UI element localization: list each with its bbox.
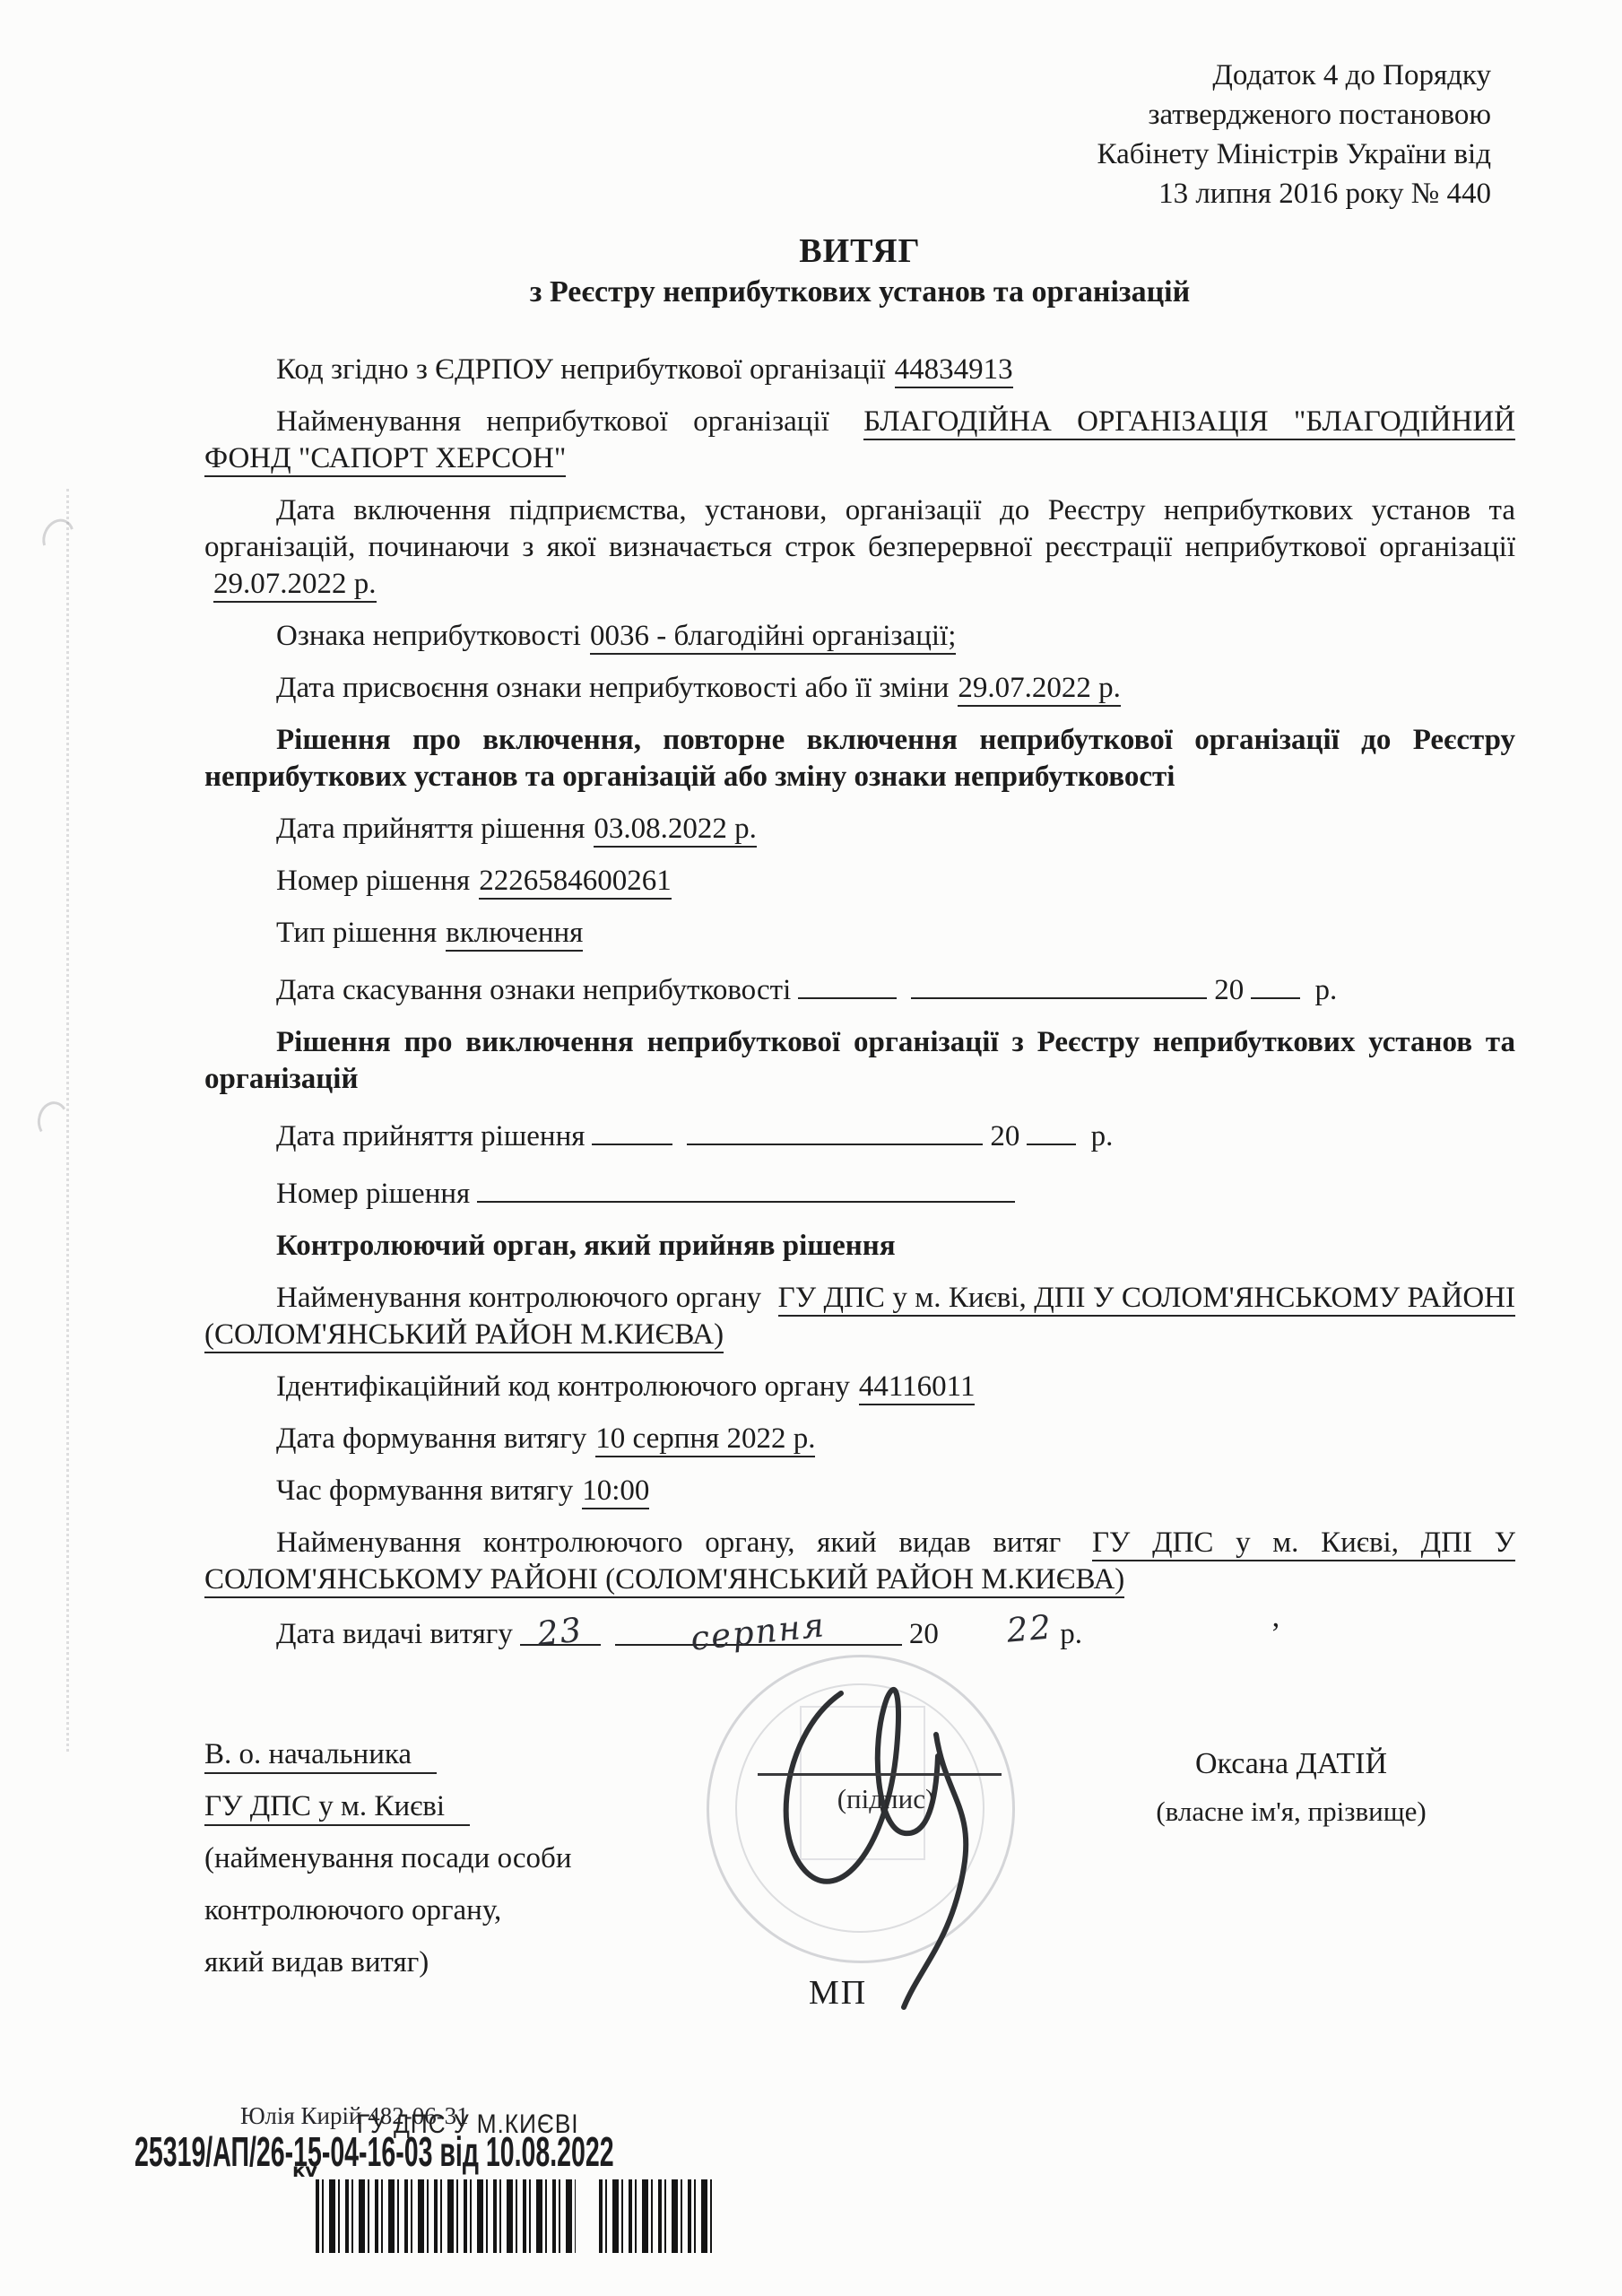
field-excl-decision-number: Номер рішення	[204, 1170, 1515, 1213]
field-decision-number: Номер рішення2226584600261	[204, 863, 1515, 900]
signer-position-line: ГУ ДПС у м. Києві	[204, 1788, 707, 1825]
barcode-prefix-mark: кv	[292, 2160, 317, 2181]
field-label: Дата формування витягу	[276, 1422, 586, 1455]
barcode	[316, 2179, 576, 2253]
field-label: Дата прийняття рішення	[276, 813, 585, 845]
field-label: Код згідно з ЄДРПОУ неприбуткової органі…	[276, 353, 886, 386]
field-label: Номер рішення	[276, 865, 470, 897]
signer-position-caption: контролюючого органу,	[204, 1892, 707, 1929]
year-prefix: 20	[1214, 974, 1244, 1006]
signature-caption: (підпис)	[787, 1783, 984, 1815]
field-inclusion-date: Дата включення підприємства, установи, о…	[204, 492, 1515, 603]
blank-line	[911, 967, 1207, 999]
field-label: Дата присвоєння ознаки неприбутковості а…	[276, 672, 949, 704]
document-subtitle: з Реєстру неприбуткових установ та орган…	[204, 273, 1515, 312]
scanned-document-page: Додаток 4 до Порядку затвердженого поста…	[0, 0, 1622, 2296]
blank-line	[1027, 1113, 1076, 1145]
field-org-name: Найменування неприбуткової організації Б…	[204, 404, 1515, 477]
heading-inclusion-decision: Рішення про включення, повторне включенн…	[204, 722, 1515, 796]
blank-line	[1251, 967, 1300, 999]
field-extract-time: Час формування витягу10:00	[204, 1473, 1515, 1509]
field-value: включення	[446, 917, 583, 952]
annex-note: Додаток 4 до Порядку затвердженого поста…	[917, 56, 1491, 213]
blank-line	[592, 1113, 672, 1145]
blank-line	[798, 967, 897, 999]
field-value: 2226584600261	[479, 865, 672, 900]
field-label: Ознака неприбутковості	[276, 620, 581, 652]
field-decision-type: Тип рішеннявключення	[204, 915, 1515, 952]
blank-line	[687, 1113, 983, 1145]
year-suffix: р.	[1091, 1120, 1114, 1152]
signer-position-line: В. о. начальника	[204, 1736, 707, 1773]
field-issuing-authority: Найменування контролюючого органу, який …	[204, 1525, 1515, 1598]
document-title: ВИТЯГ	[204, 231, 1515, 271]
seal-place-label: МП	[809, 1973, 867, 2013]
field-label: Найменування контролюючого органу, який …	[276, 1526, 1061, 1559]
field-extract-date: Дата формування витягу10 серпня 2022 р.	[204, 1421, 1515, 1457]
field-value: 29.07.2022 р.	[958, 672, 1121, 707]
annex-note-line: 13 липня 2016 року № 440	[917, 174, 1491, 213]
field-value: 10:00	[582, 1474, 649, 1509]
footer-registration-number: 25319/АП/26-15-04-16-03 від 10.08.2022	[134, 2127, 614, 2176]
handwritten-day: 23	[520, 1613, 601, 1646]
field-issue-date: Дата видачі витягу23серпня2022 р.’	[204, 1613, 1515, 1653]
field-label: Час формування витягу	[276, 1474, 573, 1507]
field-label: Дата прийняття рішення	[276, 1120, 585, 1152]
barcode	[599, 2179, 716, 2253]
field-label: Дата включення підприємства, установи, о…	[204, 494, 1515, 563]
field-value: 0036 - благодійні організації;	[590, 620, 956, 655]
field-decision-date: Дата прийняття рішення03.08.2022 р.	[204, 811, 1515, 848]
handwritten-month: серпня	[615, 1613, 902, 1646]
field-label: Найменування неприбуткової організації	[276, 405, 829, 438]
year-suffix: р.	[1315, 974, 1338, 1006]
field-authority-name: Найменування контролюючого органу ГУ ДПС…	[204, 1280, 1515, 1353]
field-value: 03.08.2022 р.	[594, 813, 757, 848]
field-nonprofit-code: Ознака неприбутковості0036 - благодійні …	[204, 618, 1515, 655]
field-code-assign-date: Дата присвоєння ознаки неприбутковості а…	[204, 670, 1515, 707]
field-label: Ідентифікаційний код контролюючого орган…	[276, 1370, 850, 1403]
field-value: 29.07.2022 р.	[213, 568, 377, 603]
binding-loop-mark	[37, 514, 80, 561]
field-label: Номер рішення	[276, 1178, 470, 1210]
field-value: 44116011	[859, 1370, 976, 1405]
annex-note-line: Додаток 4 до Порядку	[917, 56, 1491, 95]
field-label: Дата видачі витягу	[276, 1618, 513, 1650]
heading-controlling-authority: Контролюючий орган, який прийняв рішення	[204, 1228, 1515, 1265]
year-prefix: 20	[990, 1120, 1019, 1152]
annex-note-line: затвердженого постановою	[917, 95, 1491, 135]
stray-mark: ’	[1271, 1617, 1280, 1650]
signer-position-caption: який видав витяг)	[204, 1944, 707, 1981]
signer-name-caption: (власне ім'я, прізвище)	[1103, 1796, 1479, 1828]
field-cancellation-date: Дата скасування ознаки неприбутковості20…	[204, 967, 1515, 1009]
field-label: Тип рішення	[276, 917, 437, 949]
field-label: Найменування контролюючого органу	[276, 1282, 761, 1314]
field-edrpou: Код згідно з ЄДРПОУ неприбуткової органі…	[204, 352, 1515, 388]
handwritten-signature	[751, 1648, 1038, 2025]
year-suffix: р.	[1060, 1618, 1082, 1650]
blank-line	[477, 1170, 1015, 1203]
field-authority-code: Ідентифікаційний код контролюючого орган…	[204, 1369, 1515, 1405]
field-value: 44834913	[895, 353, 1013, 388]
signer-name: Оксана ДАТІЙ	[1125, 1747, 1457, 1781]
signer-position-block: В. о. начальника ГУ ДПС у м. Києві (найм…	[204, 1736, 707, 1996]
field-value: 10 серпня 2022 р.	[595, 1422, 815, 1457]
heading-exclusion-decision: Рішення про виключення неприбуткової орг…	[204, 1024, 1515, 1098]
signature-line	[758, 1773, 1002, 1776]
field-excl-decision-date: Дата прийняття рішення20 р.	[204, 1113, 1515, 1155]
annex-note-line: Кабінету Міністрів України від	[917, 135, 1491, 174]
document-body: ВИТЯГ з Реєстру неприбуткових установ та…	[204, 231, 1515, 1668]
signer-position-caption: (найменування посади особи	[204, 1840, 707, 1877]
field-label: Дата скасування ознаки неприбутковості	[276, 974, 791, 1006]
